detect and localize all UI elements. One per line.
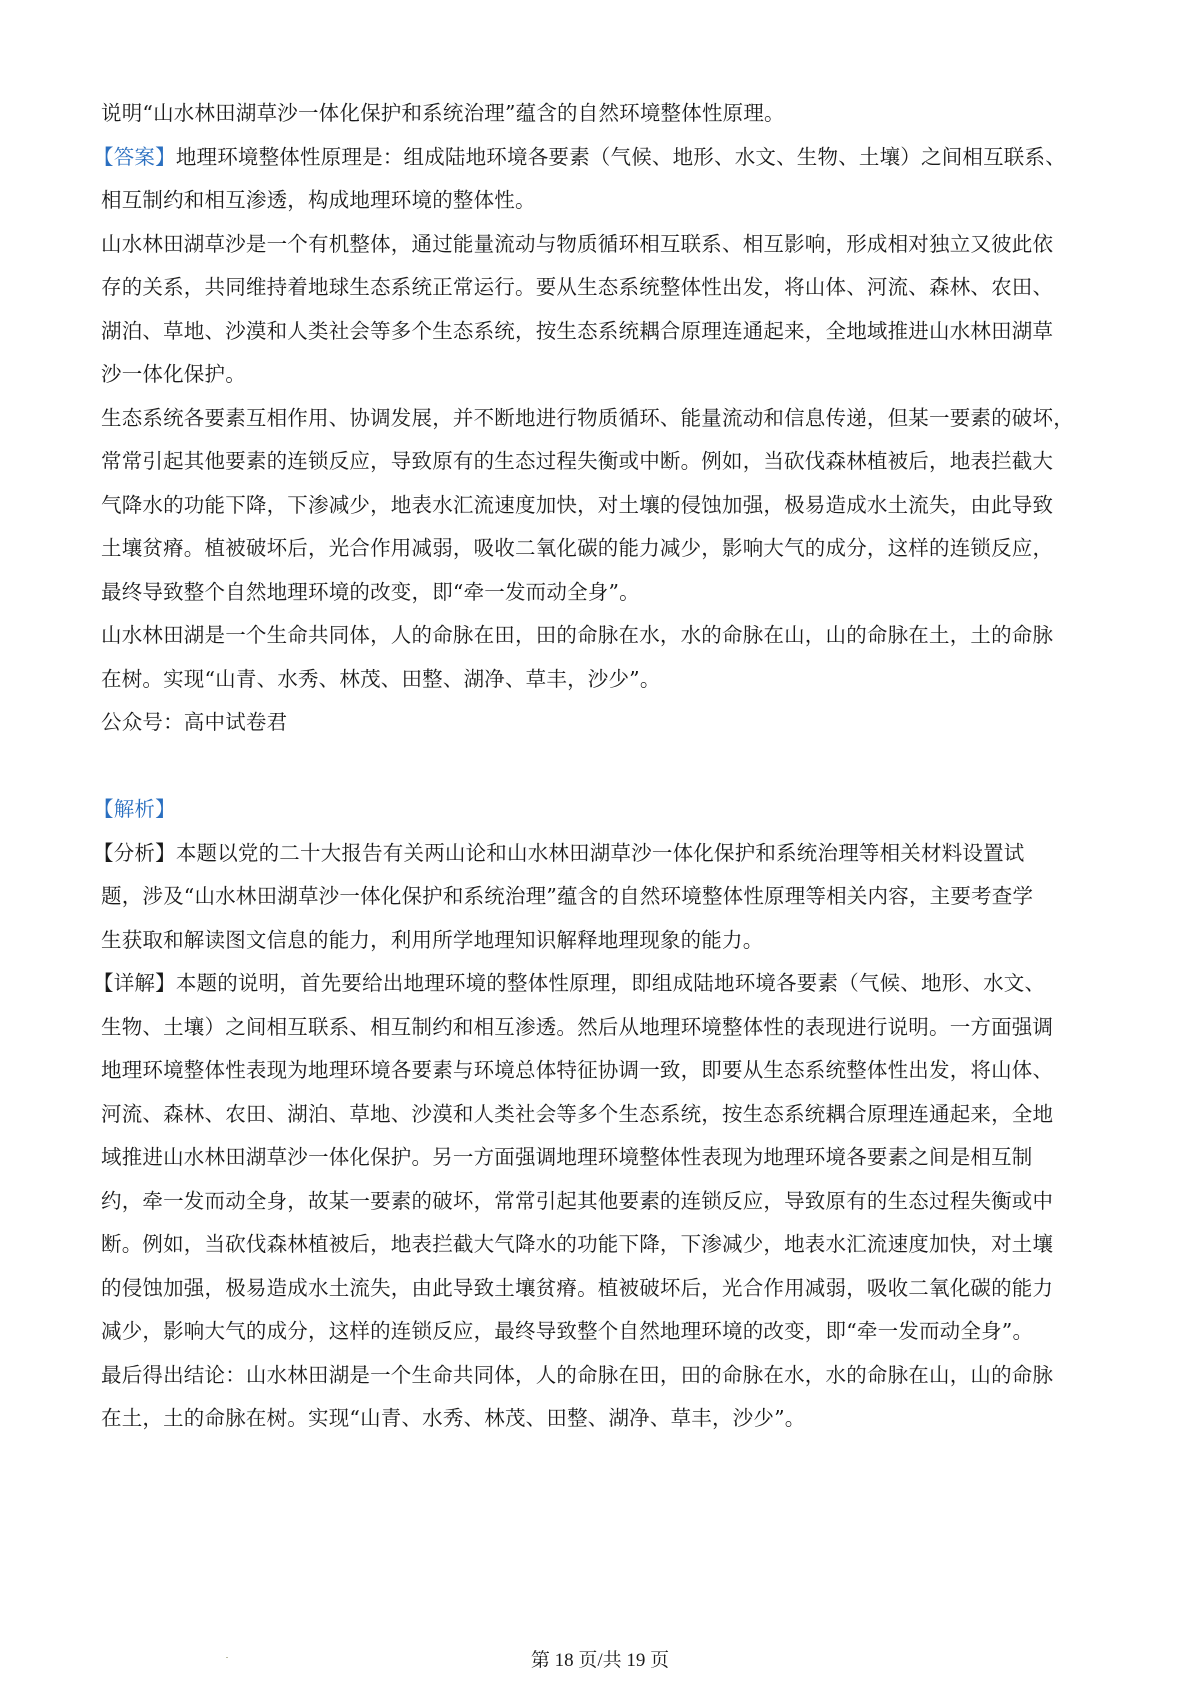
wechat-account-note: 公众号：高中试卷君 (101, 701, 1101, 745)
fenxi-line: 题，涉及“山水林田湖草沙一体化保护和系统治理”蕴含的自然环境整体性原理等相关内容… (101, 875, 1101, 919)
answer-label: 【答案】 (93, 145, 176, 169)
xiangjie-line: 地理环境整体性表现为地理环境各要素与环境总体特征协调一致，即要从生态系统整体性出… (101, 1049, 1101, 1093)
page-content: 说明“山水林田湖草沙一体化保护和系统治理”蕴含的自然环境整体性原理。 【答案】地… (101, 92, 1101, 1441)
question-prompt: 说明“山水林田湖草沙一体化保护和系统治理”蕴含的自然环境整体性原理。 (101, 92, 1101, 136)
xiangjie-line: 约，牵一发而动全身，故某一要素的破坏，常常引起其他要素的连锁反应，导致原有的生态… (101, 1180, 1101, 1224)
section-spacer (101, 745, 1101, 789)
answer-line: 生态系统各要素互相作用、协调发展，并不断地进行物质循环、能量流动和信息传递，但某… (101, 397, 1101, 441)
xiangjie-line: 河流、森林、农田、湖泊、草地、沙漠和人类社会等多个生态系统，按生态系统耦合原理连… (101, 1093, 1101, 1137)
answer-line: 常常引起其他要素的连锁反应，导致原有的生态过程失衡或中断。例如，当砍伐森林植被后… (101, 440, 1101, 484)
fenxi-label: 【分析】 (93, 841, 176, 865)
analysis-heading: 【解析】 (101, 788, 1101, 832)
answer-line: 沙一体化保护。 (101, 353, 1101, 397)
analysis-label: 【解析】 (93, 797, 176, 821)
document-page: 说明“山水林田湖草沙一体化保护和系统治理”蕴含的自然环境整体性原理。 【答案】地… (0, 0, 1200, 1698)
answer-first-line: 【答案】地理环境整体性原理是：组成陆地环境各要素（气候、地形、水文、生物、土壤）… (101, 136, 1101, 180)
fenxi-line: 本题以党的二十大报告有关两山论和山水林田湖草沙一体化保护和系统治理等相关材料设置… (176, 841, 1025, 865)
xiangjie-line: 断。例如，当砍伐森林植被后，地表拦截大气降水的功能下降，下渗减少，地表水汇流速度… (101, 1223, 1101, 1267)
xiangjie-first-line: 【详解】本题的说明，首先要给出地理环境的整体性原理，即组成陆地环境各要素（气候、… (101, 962, 1101, 1006)
xiangjie-line: 域推进山水林田湖草沙一体化保护。另一方面强调地理环境整体性表现为地理环境各要素之… (101, 1136, 1101, 1180)
answer-line: 存的关系，共同维持着地球生态系统正常运行。要从生态系统整体性出发，将山体、河流、… (101, 266, 1101, 310)
answer-line: 湖泊、草地、沙漠和人类社会等多个生态系统，按生态系统耦合原理连通起来，全地域推进… (101, 310, 1101, 354)
answer-line: 土壤贫瘠。植被破坏后，光合作用减弱，吸收二氧化碳的能力减少，影响大气的成分，这样… (101, 527, 1101, 571)
answer-line: 山水林田湖是一个生命共同体，人的命脉在田，田的命脉在水，水的命脉在山，山的命脉在… (101, 614, 1101, 658)
xiangjie-line: 本题的说明，首先要给出地理环境的整体性原理，即组成陆地环境各要素（气候、地形、水… (176, 971, 1045, 995)
answer-line: 最终导致整个自然地理环境的改变，即“牵一发而动全身”。 (101, 571, 1101, 615)
fenxi-first-line: 【分析】本题以党的二十大报告有关两山论和山水林田湖草沙一体化保护和系统治理等相关… (101, 832, 1101, 876)
answer-line: 山水林田湖草沙是一个有机整体，通过能量流动与物质循环相互联系、相互影响，形成相对… (101, 223, 1101, 267)
xiangjie-label: 【详解】 (93, 971, 176, 995)
answer-line: 在树。实现“山青、水秀、林茂、田整、湖净、草丰，沙少”。 (101, 658, 1101, 702)
page-number-footer: 第 18 页/共 19 页 (0, 1645, 1200, 1672)
answer-line: 相互制约和相互渗透，构成地理环境的整体性。 (101, 179, 1101, 223)
xiangjie-line: 最后得出结论：山水林田湖是一个生命共同体，人的命脉在田，田的命脉在水，水的命脉在… (101, 1354, 1101, 1398)
xiangjie-line: 生物、土壤）之间相互联系、相互制约和相互渗透。然后从地理环境整体性的表现进行说明… (101, 1006, 1101, 1050)
xiangjie-line: 的侵蚀加强，极易造成水土流失，由此导致土壤贫瘠。植被破坏后，光合作用减弱，吸收二… (101, 1267, 1101, 1311)
answer-line: 地理环境整体性原理是：组成陆地环境各要素（气候、地形、水文、生物、土壤）之间相互… (176, 145, 1066, 169)
xiangjie-line: 在土，土的命脉在树。实现“山青、水秀、林茂、田整、湖净、草丰，沙少”。 (101, 1397, 1101, 1441)
xiangjie-line: 减少，影响大气的成分，这样的连锁反应，最终导致整个自然地理环境的改变，即“牵一发… (101, 1310, 1101, 1354)
answer-line: 气降水的功能下降，下渗减少，地表水汇流速度加快，对土壤的侵蚀加强，极易造成水土流… (101, 484, 1101, 528)
fenxi-line: 生获取和解读图文信息的能力，利用所学地理知识解释地理现象的能力。 (101, 919, 1101, 963)
